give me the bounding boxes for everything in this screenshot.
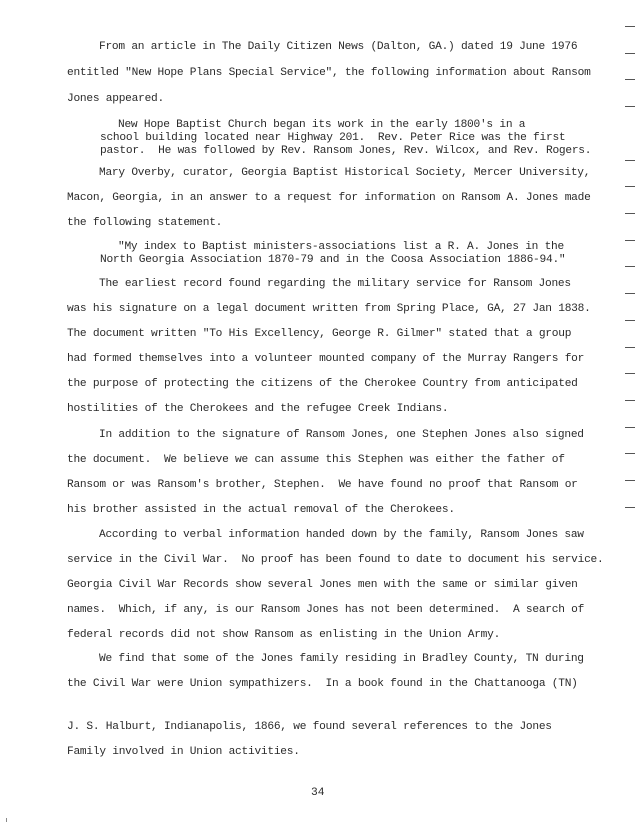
margin-tick (625, 293, 635, 294)
text-line: Macon, Georgia, in an answer to a reques… (67, 191, 591, 205)
margin-tick (625, 213, 635, 214)
margin-tick (625, 480, 635, 481)
text-line: North Georgia Association 1870-79 and in… (100, 253, 565, 267)
text-line: The document written "To His Excellency,… (67, 327, 571, 341)
text-line: Ransom or was Ransom's brother, Stephen.… (67, 478, 578, 492)
margin-tick (625, 373, 635, 374)
margin-tick (625, 266, 635, 267)
text-line: entitled "New Hope Plans Special Service… (67, 66, 591, 80)
text-line: J. S. Halburt, Indianapolis, 1866, we fo… (67, 720, 552, 734)
text-line: Georgia Civil War Records show several J… (67, 578, 578, 592)
text-line: the document. We believe we can assume t… (67, 453, 565, 467)
text-line: We find that some of the Jones family re… (99, 652, 584, 666)
text-line: "My index to Baptist ministers-associati… (118, 240, 564, 254)
text-line: federal records did not show Ransom as e… (67, 628, 500, 642)
margin-tick (625, 79, 635, 80)
text-line: his brother assisted in the actual remov… (67, 503, 455, 517)
text-line: hostilities of the Cherokees and the ref… (67, 402, 448, 416)
scan-speck (6, 818, 7, 822)
text-line: the Civil War were Union sympathizers. I… (67, 677, 578, 691)
text-line: names. Which, if any, is our Ransom Jone… (67, 603, 584, 617)
margin-tick (625, 400, 635, 401)
margin-tick (625, 240, 635, 241)
text-line: the following statement. (67, 216, 222, 230)
margin-tick (625, 160, 635, 161)
margin-tick (625, 186, 635, 187)
margin-tick (625, 106, 635, 107)
text-line: had formed themselves into a volunteer m… (67, 352, 584, 366)
text-line: From an article in The Daily Citizen New… (99, 40, 577, 54)
text-line: According to verbal information handed d… (99, 528, 584, 542)
text-line: pastor. He was followed by Rev. Ransom J… (100, 144, 591, 158)
text-line: Jones appeared. (67, 92, 164, 106)
text-line: school building located near Highway 201… (100, 131, 565, 145)
text-line: was his signature on a legal document wr… (67, 302, 591, 316)
margin-tick (625, 53, 635, 54)
document-page: From an article in The Daily Citizen New… (0, 0, 638, 825)
margin-tick (625, 507, 635, 508)
text-line: The earliest record found regarding the … (99, 277, 571, 291)
margin-tick (625, 26, 635, 27)
text-line: service in the Civil War. No proof has b… (67, 553, 603, 567)
text-line: In addition to the signature of Ransom J… (99, 428, 584, 442)
margin-tick (625, 453, 635, 454)
text-line: Family involved in Union activities. (67, 745, 300, 759)
margin-tick (625, 347, 635, 348)
page-number: 34 (311, 787, 324, 799)
text-line: the purpose of protecting the citizens o… (67, 377, 578, 391)
margin-tick (625, 320, 635, 321)
text-line: Mary Overby, curator, Georgia Baptist Hi… (99, 166, 590, 180)
margin-tick (625, 427, 635, 428)
text-line: New Hope Baptist Church began its work i… (118, 118, 525, 132)
